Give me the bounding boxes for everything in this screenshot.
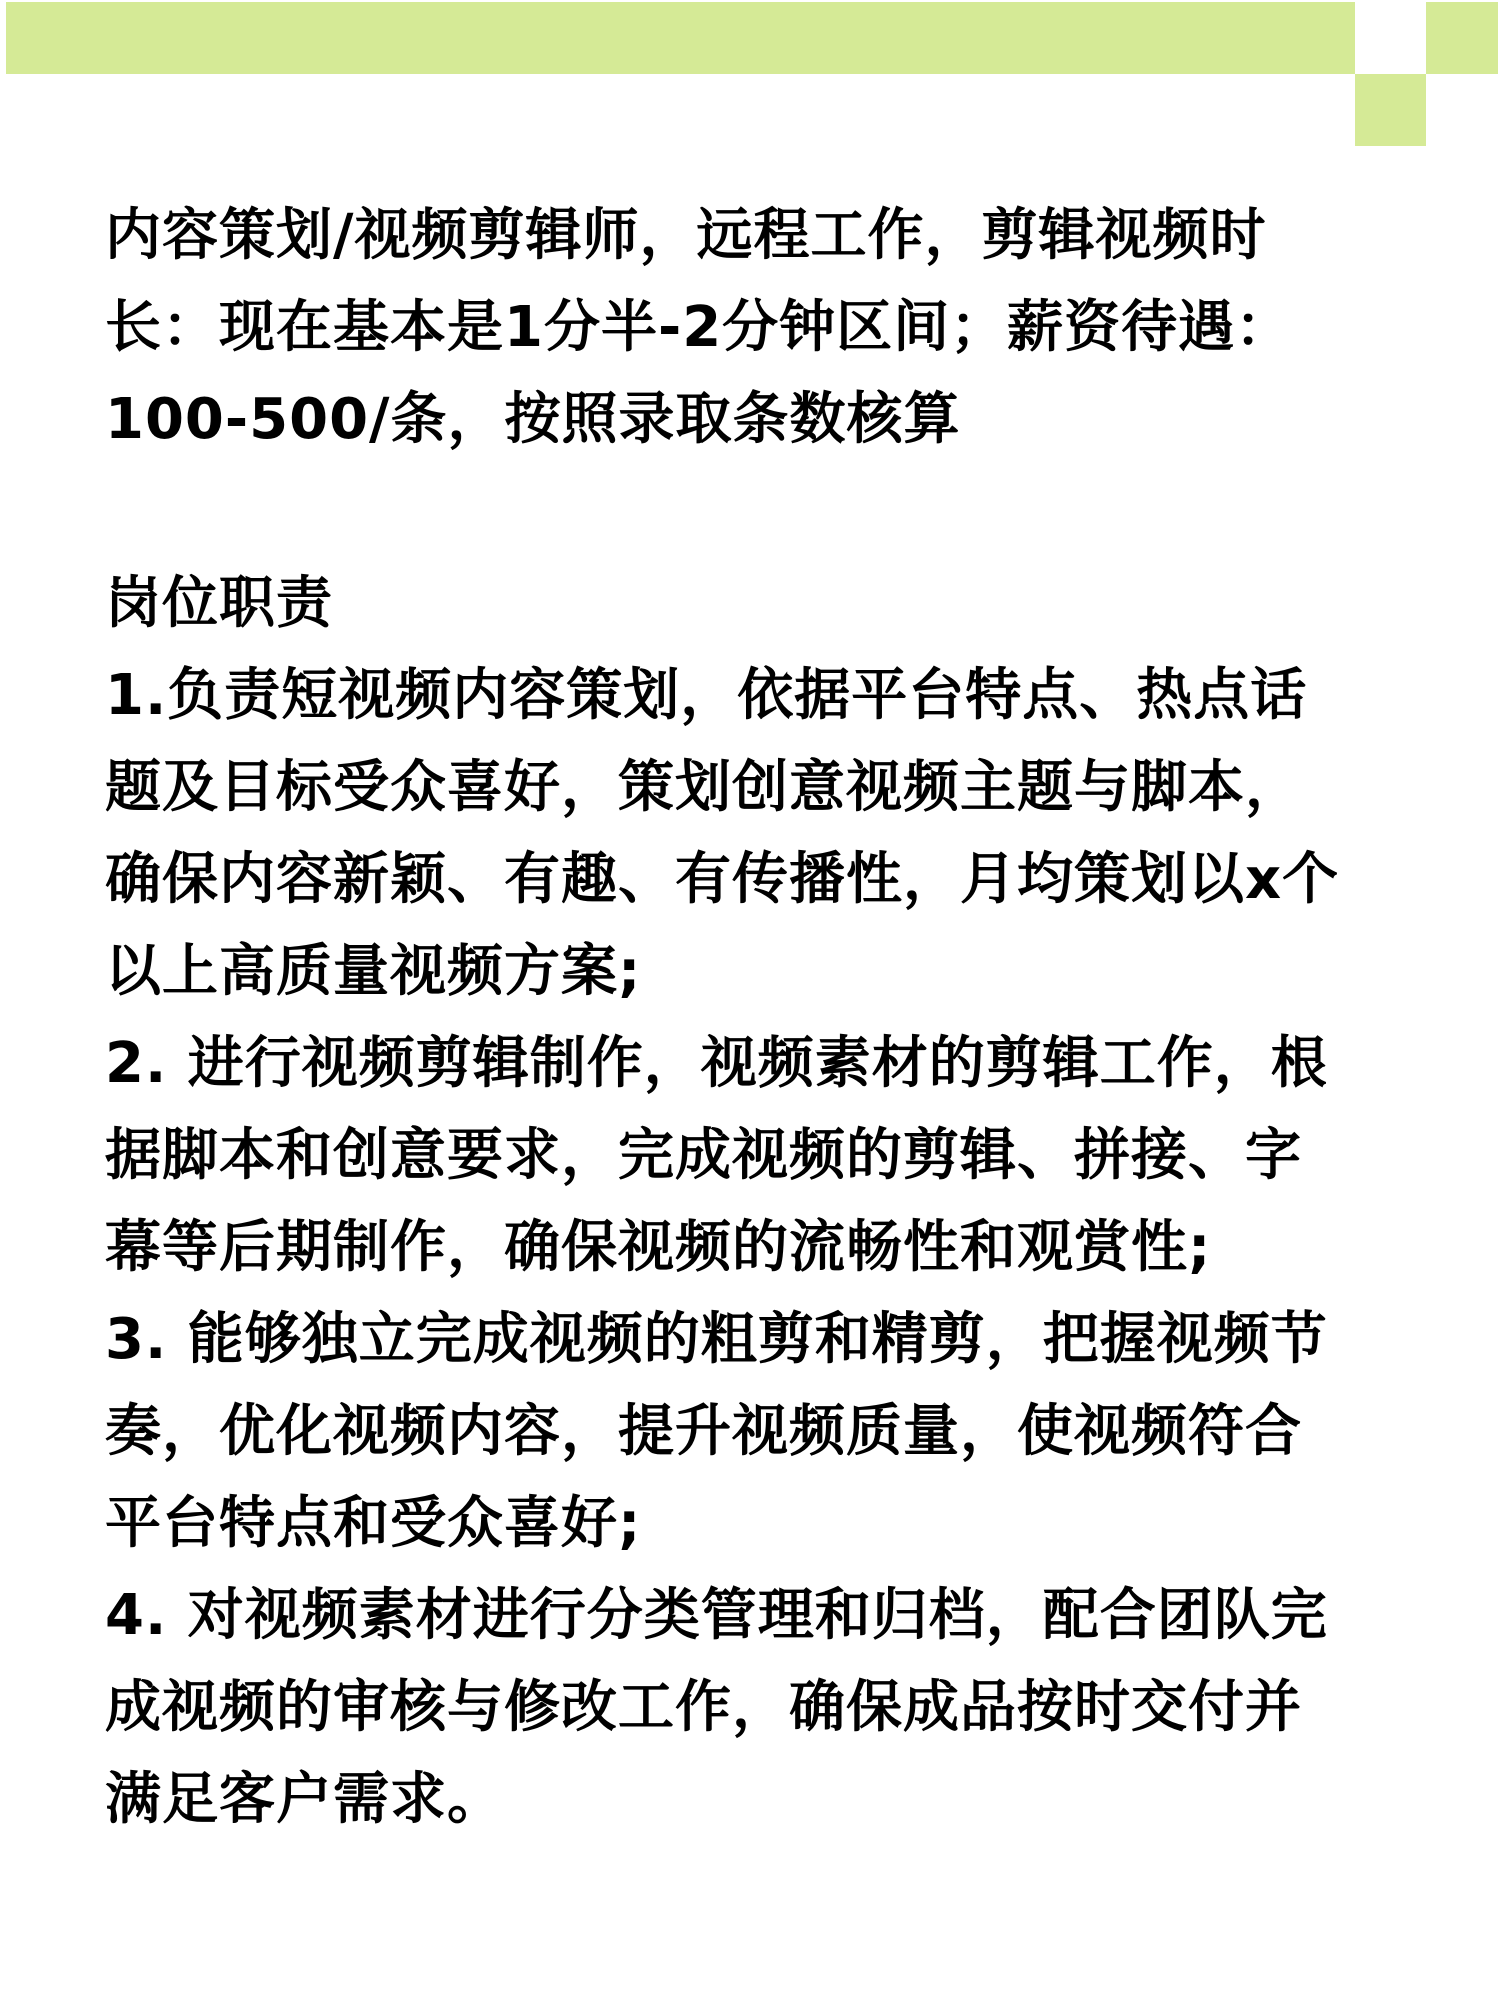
job-post-content: 内容策划/视频剪辑师，远程工作，剪辑视频时 长：现在基本是1分半-2分钟区间；薪… <box>105 190 1445 1846</box>
item-line: 奏，优化视频内容，提升视频质量，使视频符合 <box>105 1386 1445 1478</box>
item-line: 以上高质量视频方案; <box>105 926 1445 1018</box>
item-line: 1.负责短视频内容策划，依据平台特点、热点话 <box>105 650 1445 742</box>
intro-line: 内容策划/视频剪辑师，远程工作，剪辑视频时 <box>105 190 1445 282</box>
header-accent-block-lower <box>1355 74 1426 146</box>
item-line: 4. 对视频素材进行分类管理和归档，配合团队完 <box>105 1570 1445 1662</box>
header-accent-block-upper <box>1426 2 1498 74</box>
item-line: 平台特点和受众喜好; <box>105 1478 1445 1570</box>
item-line: 2. 进行视频剪辑制作，视频素材的剪辑工作，根 <box>105 1018 1445 1110</box>
responsibility-item-2: 2. 进行视频剪辑制作，视频素材的剪辑工作，根 据脚本和创意要求，完成视频的剪辑… <box>105 1018 1445 1294</box>
job-intro: 内容策划/视频剪辑师，远程工作，剪辑视频时 长：现在基本是1分半-2分钟区间；薪… <box>105 190 1445 466</box>
responsibility-item-3: 3. 能够独立完成视频的粗剪和精剪，把握视频节 奏，优化视频内容，提升视频质量，… <box>105 1294 1445 1570</box>
spacer <box>105 466 1445 558</box>
item-line: 题及目标受众喜好，策划创意视频主题与脚本， <box>105 742 1445 834</box>
item-line: 满足客户需求。 <box>105 1754 1445 1846</box>
item-line: 成视频的审核与修改工作，确保成品按时交付并 <box>105 1662 1445 1754</box>
responsibilities-list: 1.负责短视频内容策划，依据平台特点、热点话 题及目标受众喜好，策划创意视频主题… <box>105 650 1445 1846</box>
intro-line: 长：现在基本是1分半-2分钟区间；薪资待遇： <box>105 282 1445 374</box>
item-line: 确保内容新颖、有趣、有传播性，月均策划以x个 <box>105 834 1445 926</box>
responsibilities-heading: 岗位职责 <box>105 558 1445 650</box>
item-line: 据脚本和创意要求，完成视频的剪辑、拼接、字 <box>105 1110 1445 1202</box>
responsibility-item-4: 4. 对视频素材进行分类管理和归档，配合团队完 成视频的审核与修改工作，确保成品… <box>105 1570 1445 1846</box>
item-line: 3. 能够独立完成视频的粗剪和精剪，把握视频节 <box>105 1294 1445 1386</box>
item-line: 幕等后期制作，确保视频的流畅性和观赏性; <box>105 1202 1445 1294</box>
intro-line: 100-500/条，按照录取条数核算 <box>105 374 1445 466</box>
responsibility-item-1: 1.负责短视频内容策划，依据平台特点、热点话 题及目标受众喜好，策划创意视频主题… <box>105 650 1445 1018</box>
header-accent-bar <box>6 2 1355 74</box>
